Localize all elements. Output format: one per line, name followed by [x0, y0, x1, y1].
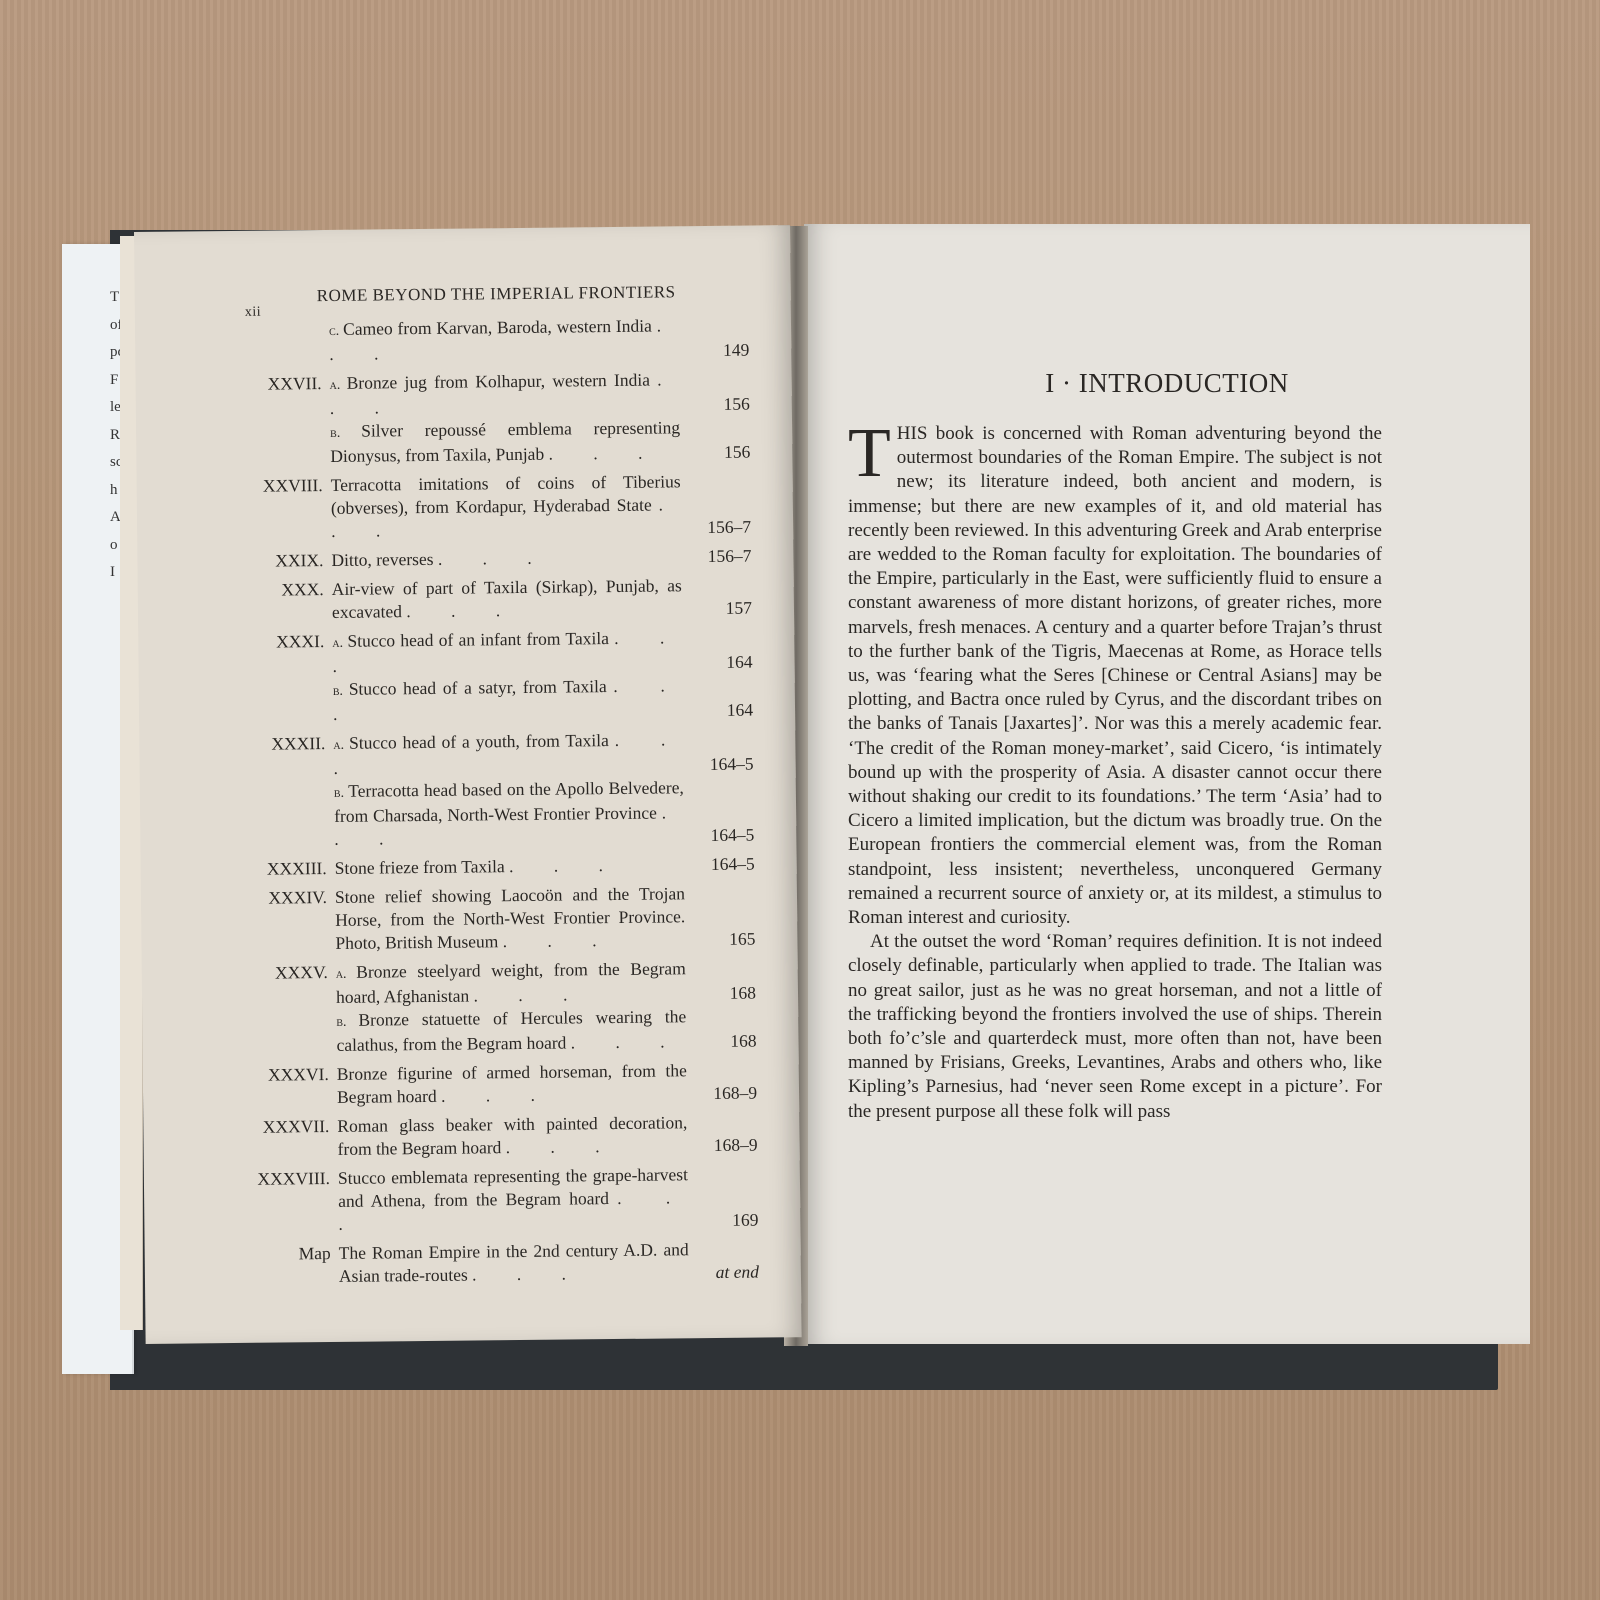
plate-caption: c. Cameo from Karvan, Baroda, western In…	[329, 314, 749, 366]
plate-page-ref: 156	[680, 393, 750, 417]
running-head-title: ROME BEYOND THE IMPERIAL FRONTIERS	[317, 282, 676, 306]
plate-caption: b. Silver repoussé emblema representing …	[330, 416, 750, 468]
plate-page-ref: at end	[689, 1261, 759, 1285]
paragraph-text: HIS book is concerned with Roman adventu…	[848, 423, 1382, 928]
plate-number: XXXIII.	[235, 857, 335, 881]
plate-caption: Air-view of part of Taxila (Sirkap), Pun…	[332, 574, 752, 624]
plate-caption: b. Bronze statuette of Hercules wearing …	[336, 1005, 756, 1057]
plate-number: XXXVIII.	[238, 1167, 339, 1237]
plate-page-ref: 165	[685, 928, 755, 952]
plate-page-ref: 168–9	[687, 1134, 757, 1158]
list-of-plates: c. Cameo from Karvan, Baroda, western In…	[229, 314, 759, 1295]
plate-page-ref: 168	[686, 982, 756, 1006]
left-page: xii ROME BEYOND THE IMPERIAL FRONTIERS c…	[134, 225, 802, 1344]
plate-caption: Ditto, reverses . . .156–7	[331, 545, 751, 572]
plate-entry: XXXVII.Roman glass beaker with painted d…	[237, 1111, 757, 1162]
plate-caption: The Roman Empire in the 2nd century A.D.…	[339, 1238, 759, 1288]
plate-number: XXVIII.	[231, 474, 332, 544]
plate-caption: b. Terracotta head based on the Apollo B…	[334, 776, 755, 851]
plate-number: XXIX.	[231, 549, 331, 573]
plate-page-ref: 164–5	[683, 753, 753, 777]
plate-page-ref: 156–7	[681, 516, 751, 540]
plate-caption: Bronze figurine of armed horseman, from …	[337, 1059, 757, 1109]
running-head: xii ROME BEYOND THE IMPERIAL FRONTIERS	[245, 281, 805, 287]
plate-number: XXXIV.	[235, 886, 336, 956]
plate-entry: XXXV.a. Bronze steelyard weight, from th…	[236, 957, 757, 1058]
plate-entry: XXXII.a. Stucco head of a youth, from Ta…	[233, 728, 754, 852]
plate-page-ref: 149	[679, 339, 749, 363]
plate-caption: Stucco emblemata representing the grape-…	[338, 1163, 759, 1236]
plate-entry: XXXIV.Stone relief showing Laocoön and t…	[235, 882, 756, 956]
plate-entry: XXVII.a. Bronze jug from Kolhapur, weste…	[229, 368, 750, 469]
plate-caption: Roman glass beaker with painted decorati…	[337, 1111, 757, 1161]
plate-caption: Stone frieze from Taxila . . .164–5	[335, 853, 755, 880]
plate-entry: XXX.Air-view of part of Taxila (Sirkap),…	[232, 574, 752, 625]
plate-page-ref: 168–9	[687, 1082, 757, 1106]
plate-caption: b. Stucco head of a satyr, from Taxila .…	[333, 674, 753, 726]
plate-caption: a. Bronze steelyard weight, from the Beg…	[336, 957, 756, 1009]
plate-page-ref: 169	[688, 1209, 758, 1233]
plate-page-ref: 157	[682, 597, 752, 621]
chapter-title: I · INTRODUCTION	[804, 368, 1530, 399]
plate-page-ref: 164–5	[684, 824, 754, 848]
plate-page-ref: 164	[683, 699, 753, 723]
paragraph: THIS book is concerned with Roman advent…	[848, 422, 1382, 930]
plate-caption: Stone relief showing Laocoön and the Tro…	[335, 882, 756, 955]
body-text: THIS book is concerned with Roman advent…	[848, 422, 1382, 1124]
plate-entry: XXXVI.Bronze figurine of armed horseman,…	[237, 1059, 757, 1110]
plate-entry: XXXVIII.Stucco emblemata representing th…	[238, 1163, 759, 1237]
plate-number: Map	[239, 1242, 339, 1289]
paragraph: At the outset the word ‘Roman’ requires …	[848, 930, 1382, 1124]
plate-entry: XXXI.a. Stucco head of an infant from Ta…	[232, 626, 753, 727]
plate-entry: XXXIII.Stone frieze from Taxila . . .164…	[235, 853, 755, 881]
plate-entry: c. Cameo from Karvan, Baroda, western In…	[229, 314, 749, 367]
plate-entry: MapThe Roman Empire in the 2nd century A…	[239, 1238, 759, 1289]
plate-page-ref: 168	[686, 1030, 756, 1054]
plate-caption: a. Bronze jug from Kolhapur, western Ind…	[329, 368, 749, 420]
plate-number: XXXII.	[233, 732, 334, 852]
plate-page-ref: 164–5	[685, 853, 755, 877]
plate-number: XXXVI.	[237, 1063, 337, 1110]
plate-page-ref: 164	[682, 651, 752, 675]
plate-entry: XXVIII.Terracotta imitations of coins of…	[231, 470, 752, 544]
plate-page-ref: 156	[680, 441, 750, 465]
plate-number	[229, 318, 329, 367]
plate-entry: XXIX.Ditto, reverses . . .156–7	[231, 545, 751, 573]
plate-number: XXXVII.	[237, 1115, 337, 1162]
drop-cap: T	[848, 426, 891, 482]
plate-number: XXX.	[232, 578, 332, 625]
plate-caption: Terracotta imitations of coins of Tiberi…	[331, 470, 752, 543]
plate-caption: a. Stucco head of a youth, from Taxila .…	[333, 728, 753, 780]
plate-page-ref: 156–7	[681, 545, 751, 569]
plate-caption: a. Stucco head of an infant from Taxila …	[332, 626, 752, 678]
plate-number: XXXV.	[236, 961, 337, 1058]
right-page: I · INTRODUCTION THIS book is concerned …	[804, 224, 1530, 1344]
plate-number: XXXI.	[232, 630, 333, 727]
plate-number: XXVII.	[229, 372, 330, 469]
